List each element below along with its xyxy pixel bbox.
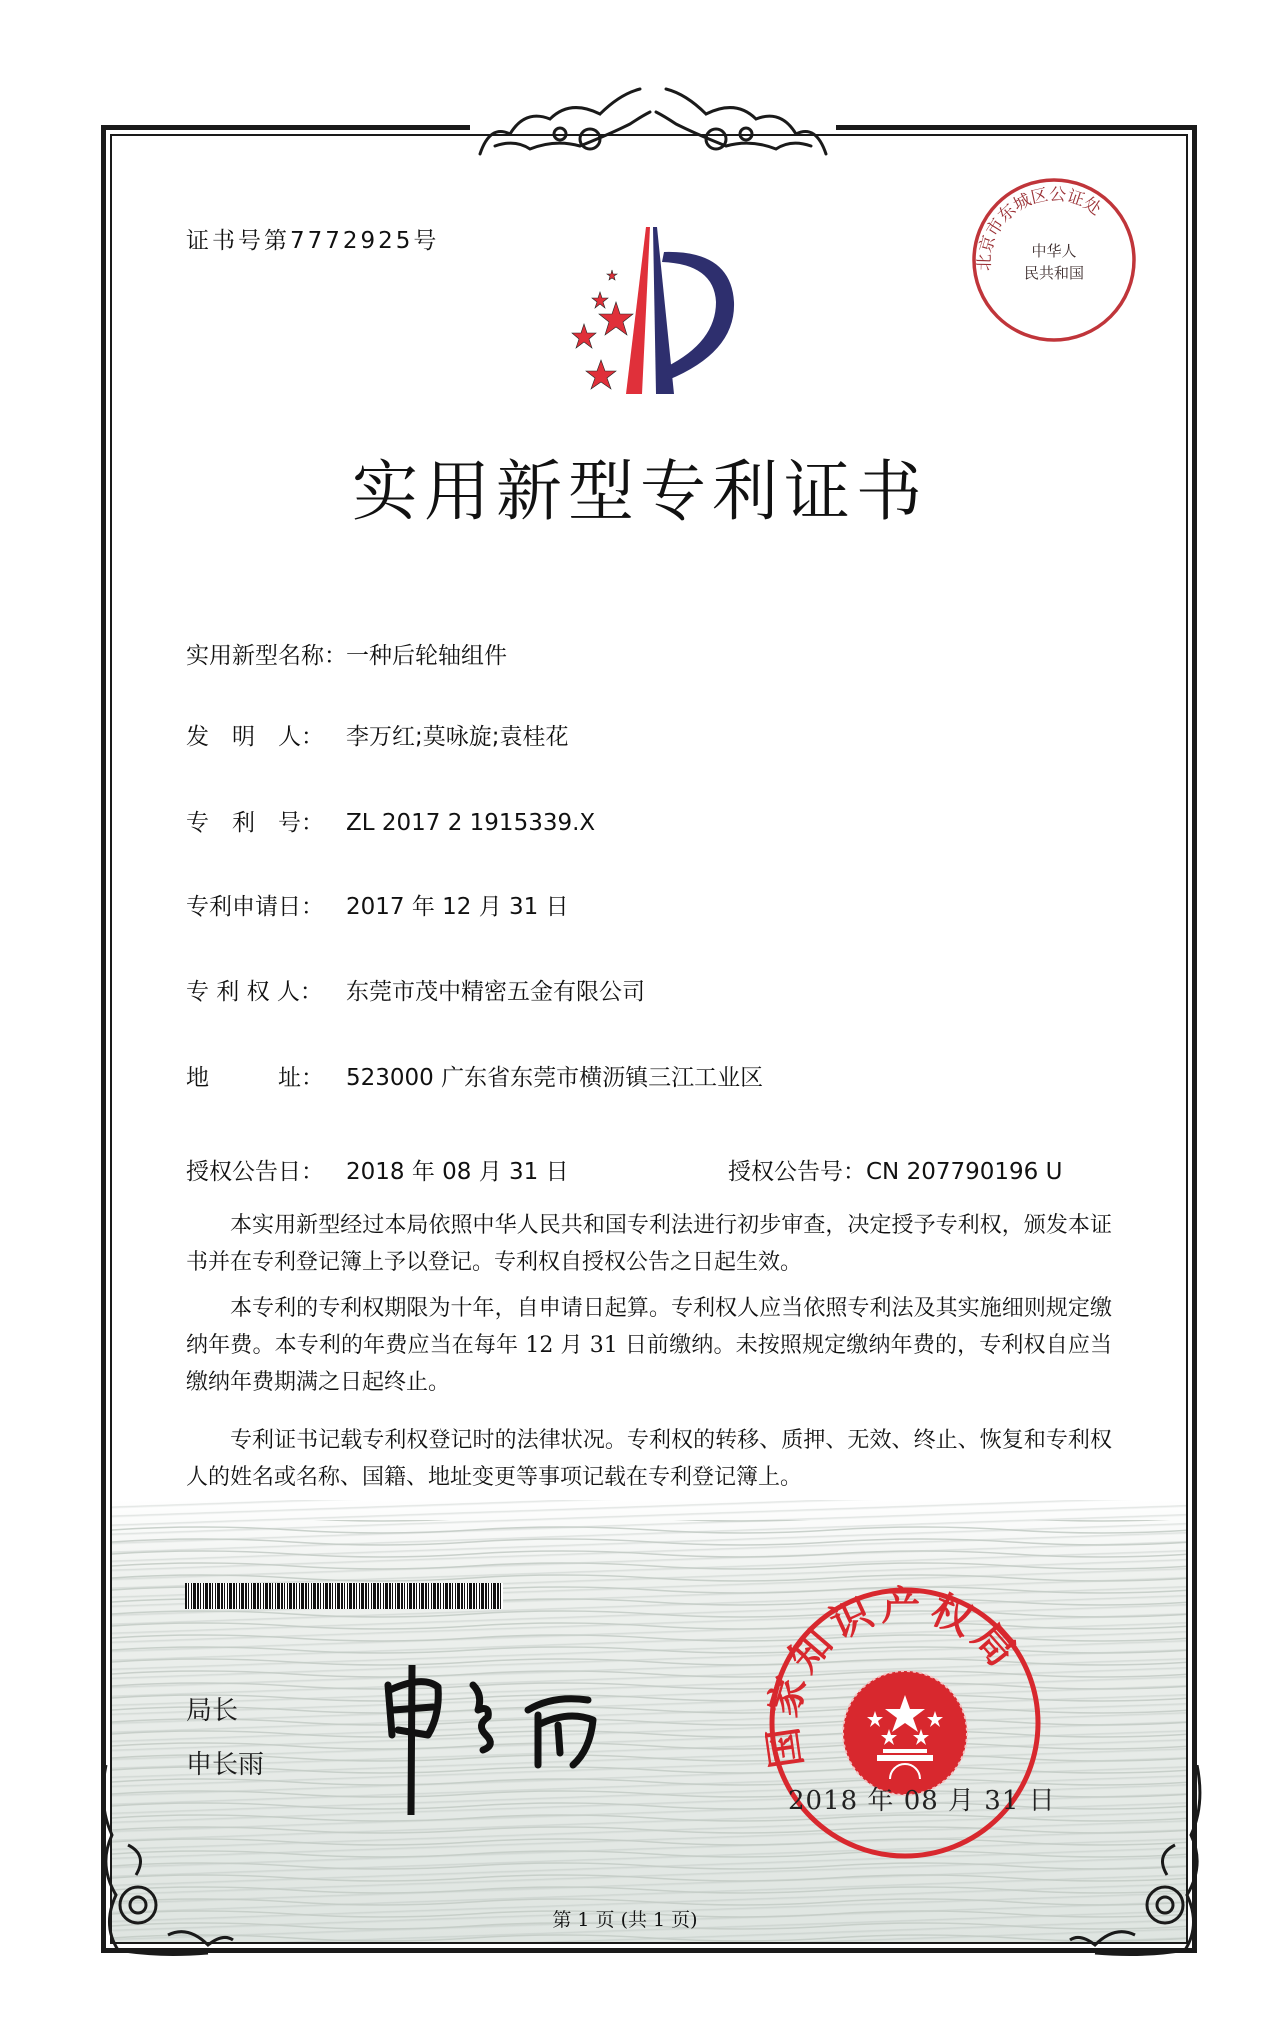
director-title: 局长: [186, 1690, 238, 1727]
notary-seal-icon: 北京市东城区公证处 中华人 民共和国: [964, 170, 1144, 350]
field-value: 523000 广东省东莞市横沥镇三江工业区: [346, 1063, 763, 1093]
director-name: 申长雨: [186, 1744, 264, 1781]
field-grant-date: 授权公告日：2018 年 08 月 31 日: [186, 1157, 569, 1187]
field-application-date: 专利申请日：2017 年 12 月 31 日: [186, 892, 569, 922]
certificate-title: 实用新型专利证书: [0, 438, 1280, 533]
seal-date: 2018 年 08 月 31 日: [788, 1780, 1056, 1817]
field-label: 发 明 人：: [186, 722, 346, 752]
field-label: 实用新型名称：: [186, 641, 346, 671]
dragon-ornament-icon: [470, 84, 836, 164]
field-patentee: 专 利 权 人：东莞市茂中精密五金有限公司: [186, 977, 645, 1007]
svg-text:中华人: 中华人: [1031, 242, 1076, 260]
paragraph-term-statement: 本专利的专利权期限为十年，自申请日起算。专利权人应当依照专利法及其实施细则规定缴…: [186, 1290, 1112, 1401]
field-inventors: 发 明 人：李万红;莫咏旋;袁桂花: [186, 722, 569, 752]
certificate-number: 证书号第7772925号: [186, 222, 439, 255]
field-grant-announcement-number: 授权公告号：CN 207790196 U: [728, 1157, 1062, 1187]
field-label: 专 利 权 人：: [186, 977, 346, 1007]
field-value: CN 207790196 U: [866, 1159, 1062, 1185]
page-number: 第 1 页 (共 1 页): [0, 1905, 1280, 1932]
field-value: ZL 2017 2 1915339.X: [346, 808, 595, 838]
field-label: 地 址：: [186, 1063, 346, 1093]
field-value: 2017 年 12 月 31 日: [346, 892, 569, 922]
paragraph-legal-status: 专利证书记载专利权登记时的法律状况。专利权的转移、质押、无效、终止、恢复和专利权…: [186, 1422, 1112, 1496]
field-address: 地 址：523000 广东省东莞市横沥镇三江工业区: [186, 1063, 763, 1093]
paragraph-grant-statement: 本实用新型经过本局依照中华人民共和国专利法进行初步审查，决定授予专利权，颁发本证…: [186, 1207, 1112, 1281]
barcode: [185, 1583, 503, 1609]
field-label: 专 利 号：: [186, 808, 346, 838]
field-label: 授权公告号：: [728, 1159, 866, 1185]
field-value: 一种后轮轴组件: [346, 641, 507, 671]
field-value: 东莞市茂中精密五金有限公司: [346, 977, 645, 1007]
signature-icon: [378, 1665, 628, 1815]
field-patent-number: 专 利 号：ZL 2017 2 1915339.X: [186, 808, 595, 838]
official-seal-icon: 国家知识产权局: [765, 1583, 1045, 1863]
field-value: 李万红;莫咏旋;袁桂花: [346, 722, 569, 752]
svg-text:民共和国: 民共和国: [1024, 264, 1084, 282]
field-utility-model-name: 实用新型名称：一种后轮轴组件: [186, 641, 507, 671]
field-label: 授权公告日：: [186, 1157, 346, 1187]
cnipa-logo-icon: [556, 222, 746, 402]
field-value: 2018 年 08 月 31 日: [346, 1157, 569, 1187]
field-label: 专利申请日：: [186, 892, 346, 922]
